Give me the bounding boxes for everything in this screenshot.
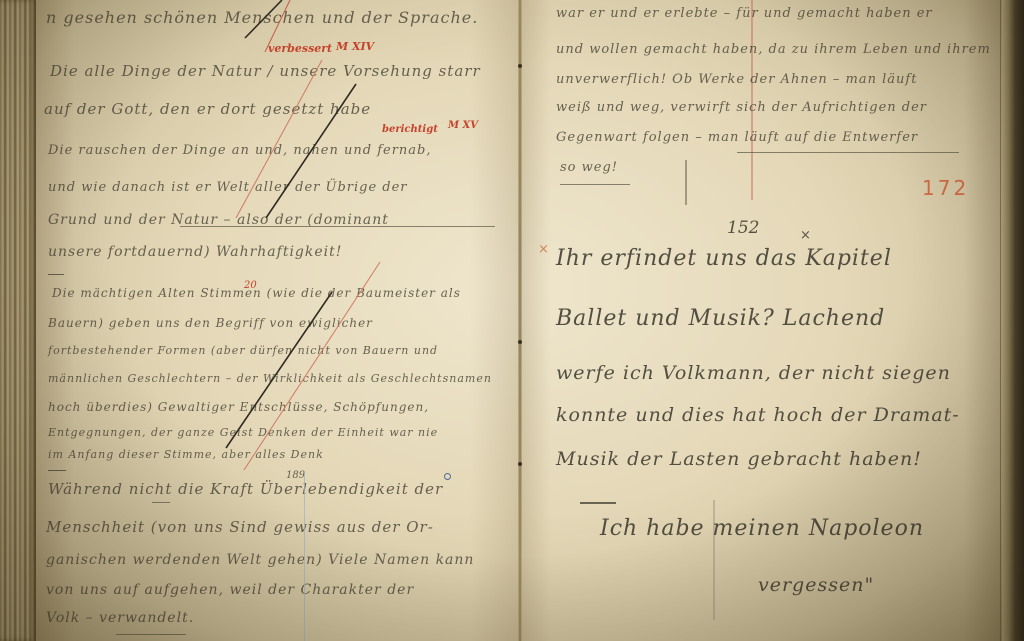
handwritten-line: vergessen" (758, 574, 874, 596)
handwritten-line: Gegenwart folgen – man läuft auf die Ent… (556, 130, 918, 145)
section-dash (580, 502, 616, 504)
handwritten-line: so weg! (560, 160, 618, 175)
underline (737, 152, 959, 153)
handwritten-line: Ballet und Musik? Lachend (556, 306, 885, 331)
page-number-red: 172 (922, 176, 969, 200)
handwritten-line: Ich habe meinen Napoleon (600, 516, 924, 541)
handwritten-line: Musik der Lasten gebracht haben! (556, 448, 922, 470)
x-mark: × (800, 228, 811, 243)
handwritten-line: werfe ich Volkmann, der nicht siegen (556, 362, 951, 384)
handwritten-line: konnte und dies hat hoch der Dramat- (556, 404, 960, 426)
handwritten-line: Ihr erfindet uns das Kapitel (556, 246, 892, 271)
red-x-mark: × (538, 242, 549, 257)
handwritten-line: weiß und weg, verwirft sich der Aufricht… (556, 100, 927, 115)
notebook-spread: n gesehen schönen Menschen und der Sprac… (0, 0, 1024, 641)
handwritten-line: war er und er erlebte – für und gemacht … (556, 6, 933, 21)
underline (560, 184, 630, 185)
page-number: 152 (727, 218, 759, 238)
handwritten-line: unverwerflich! Ob Werke der Ahnen – man … (556, 72, 917, 87)
handwritten-line: und wollen gemacht haben, da zu ihrem Le… (556, 42, 991, 57)
